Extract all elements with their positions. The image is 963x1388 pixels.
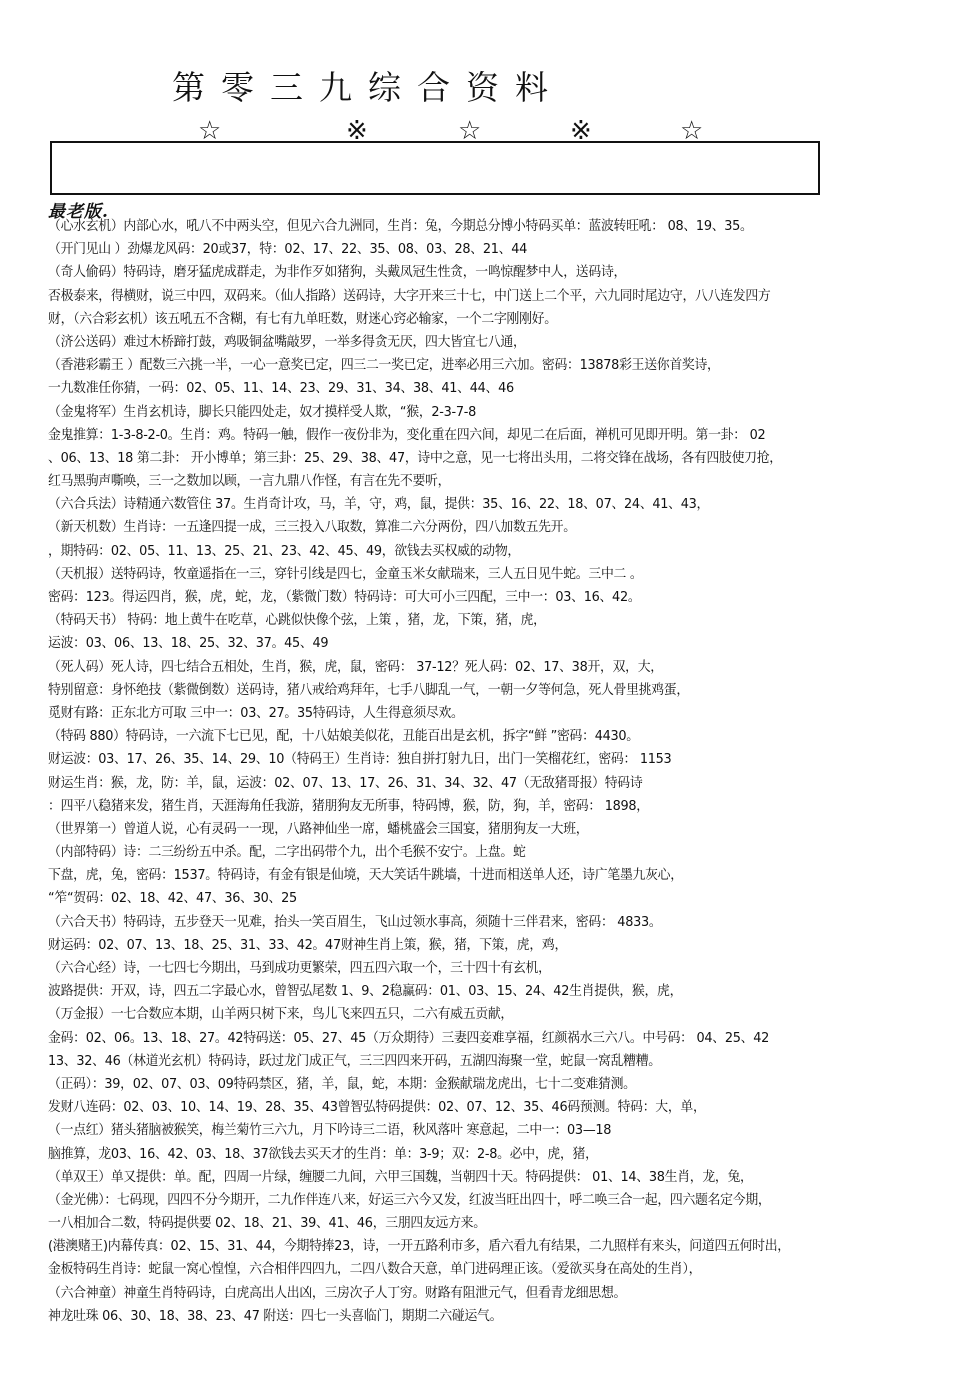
text-line: 发财八连码：02、03、10、14、19、28、35、43曾智弘特码提供：02、… bbox=[48, 1096, 926, 1119]
page-title: 第零三九综合资料 bbox=[172, 62, 564, 109]
text-line: 红马黑驹声嘶唤，三一之数加以顾，一言九鼎八作怪，有言在先不要听， bbox=[48, 470, 926, 493]
empty-banner-box bbox=[50, 141, 820, 195]
text-line: 特别留意：身怀绝技（紫微倒数）送码诗，猪八戒给鸡拜年，七手八脚乱一气，一朝一夕等… bbox=[48, 679, 926, 702]
text-line: 脑推算，龙03、16、42、03、18、37欲钱去买天才的生肖：单：3-9；双：… bbox=[48, 1143, 926, 1166]
text-line: 波路提供：开双，诗，四五二字最心水，曾智弘尾数 1、9、2稳赢码：01、03、1… bbox=[48, 980, 926, 1003]
text-line: “笮“贺码：02、18、42、47、36、30、25 bbox=[48, 887, 926, 910]
text-line: （新天机数）生肖诗：一五逢四提一成，三三投入八取数，算准二六分两份，四八加数五先… bbox=[48, 516, 926, 539]
text-line: 、06、13、18 第二卦： 开小博单；第三卦：25、29、38、47，诗中之意… bbox=[48, 447, 926, 470]
text-line: （正码）：39，02、07、03、09特码禁区，猪，羊，鼠，蛇，本期：金猴献瑞龙… bbox=[48, 1073, 926, 1096]
text-line: （世界第一）曾道人说，心有灵码一一现，八路神仙坐一席，蟠桃盛会三国宴，猪朋狗友一… bbox=[48, 818, 926, 841]
text-line: 金板特码生肖诗：蛇鼠一窝心惶惶，六合相伴四四九，二四八数合天意，单门进码理正该。… bbox=[48, 1258, 926, 1281]
text-line: （单双王）单又提供：单。配，四周一片绿，缠腰二九间，六甲三国魏，当朝四十天。特码… bbox=[48, 1166, 926, 1189]
text-line: （六合兵法）诗精通六数管住 37。生肖奇计攻，马，羊，守，鸡，鼠，提供：35、1… bbox=[48, 493, 926, 516]
text-line: ，期特码：02、05、11、13、25、21、23、42、45、49，欲钱去买权… bbox=[48, 540, 926, 563]
text-line: （六合心经）诗，一七四七今期出，马到成功更繁荣，四五四六取一个，三十四十有玄机， bbox=[48, 957, 926, 980]
text-line: 觅财有路：正东北方可取 三中一：03、27。35特码诗，人生得意须尽欢。 bbox=[48, 702, 926, 725]
text-line: （天机报）送特码诗，牧童遥指在一三，穿针引线是四七，金童玉米女献瑞来，三人五日见… bbox=[48, 563, 926, 586]
text-line: 金鬼推算：1-3-8-2-0。生肖：鸡。特码一触，假作一夜份非为，变化重在四六间… bbox=[48, 424, 926, 447]
text-line: （奇人偷码）特码诗，磨牙猛虎成群走，为非作歹如猪狗，头戴凤冠生性贪，一鸣惊醒梦中… bbox=[48, 261, 926, 284]
text-line: （六合神童）神童生肖特码诗，白虎高出人出凶，三房次子人丁穷。财路有阻泄元气，但看… bbox=[48, 1282, 926, 1305]
text-line: （金鬼将军）生肖玄机诗，脚长只能四处走，奴才摸样受人欺，“猴，2-3-7-8 bbox=[48, 401, 926, 424]
text-line: ：四平八稳猪来发，猪生肖，天涯海角任我游，猪朋狗友无所事，特码博，猴，防，狗，羊… bbox=[48, 795, 926, 818]
text-line: 否极泰来，得横财，说三中四，双码来。（仙人指路）送码诗，大字开来三十七，中门送上… bbox=[48, 285, 926, 308]
document-body: （心水玄机）内部心水，吼八不中两头空，但见六合九洲同，生肖：兔，今期总分博小特码… bbox=[48, 215, 963, 1328]
text-line: （一点红）猪头猪脑被猴笑，梅兰菊竹三六九，月下吟诗三二语，秋风落叶 寒意起，二中… bbox=[48, 1119, 926, 1142]
text-line: 下盘，虎，兔，密码：1537。特码诗，有金有银是仙境，天大笑话牛跳墙，十进而相送… bbox=[48, 864, 926, 887]
text-line: （香港彩霸王 ）配数三六挑一半，一心一意奖已定，四三二一奖已定，进率必用三六加。… bbox=[48, 354, 926, 377]
text-line: （开门见山 ）劲爆龙风码：20或37，特：02、17、22、35、08、03、2… bbox=[48, 238, 926, 261]
text-line: 财运波：03、17、26、35、14、29、10（特码王）生肖诗：独自拼打射九日… bbox=[48, 748, 926, 771]
text-line: （金光佛）：七码现，四四不分今期开，二九作伴连八来，好运三六今又发，红波当旺出四… bbox=[48, 1189, 926, 1212]
text-line: 运波：03、06、13、18、25、32、37。45、49 bbox=[48, 632, 926, 655]
text-line: （死人码）死人诗，四七结合五相处，生肖，猴，虎，鼠，密码： 37-12？死人码：… bbox=[48, 656, 926, 679]
text-line: 神龙吐珠 06、30、18、38、23、47 附送：四七一头喜临门，期期二六碰运… bbox=[48, 1305, 926, 1328]
text-line: （济公送码）难过木桥蹄打鼓，鸡吸铜盆嘴敲罗，一举多得贪无厌，四大皆宜七八通， bbox=[48, 331, 926, 354]
text-line: （万金报）一七合数应本期，山羊两只树下来，鸟儿飞来四五只，二六有威五贡献， bbox=[48, 1003, 926, 1026]
text-line: （特码 880）特码诗，一六流下七已见，配，十八姑娘美似花，丑能百出是玄机，拆字… bbox=[48, 725, 926, 748]
text-line: 财，（六合彩玄机）该五吼五不含糊，有七有九单旺数，财迷心窍必输家，一个二字刚刚好… bbox=[48, 308, 926, 331]
text-line: 财运生肖：猴，龙，防：羊，鼠，运波：02、07、13、17、26、31、34、3… bbox=[48, 772, 926, 795]
text-line: 一八相加合二数，特码提供要 02、18、21、39、41、46，三朋四友远方来。 bbox=[48, 1212, 926, 1235]
text-line: （心水玄机）内部心水，吼八不中两头空，但见六合九洲同，生肖：兔，今期总分博小特码… bbox=[48, 215, 926, 238]
text-line: （特码天书） 特码：地上黄牛在吃草，心跳似快像个弦，上策 ，猪，龙，下策，猪，虎… bbox=[48, 609, 926, 632]
text-line: 一九数准任你猜，一码：02、05、11、14、23、29、31、34、38、41… bbox=[48, 377, 926, 400]
text-line: （内部特码）诗：二三纷纷五中杀。配，二字出码带个九，出个毛猴不安宁。上盘。蛇 bbox=[48, 841, 926, 864]
text-line: 金码：02、06。13、18、27。42特码送：05、27、45（万众期待）三妻… bbox=[48, 1027, 926, 1050]
text-line: （六合天书）特码诗，五步登天一见难，抬头一笑百眉生，飞山过领水事高，须随十三伴君… bbox=[48, 911, 926, 934]
text-line: (港澳赌王)内幕传真：02、15、31、44，今期特捧23，诗，一开五路利市多，… bbox=[48, 1235, 926, 1258]
text-line: 密码：123。得运四肖，猴，虎，蛇，龙，（紫微门数）特码诗：可大可小三四配，三中… bbox=[48, 586, 926, 609]
text-line: 13、32、46（林道光玄机）特码诗，跃过龙门成正气，三三四四来开码，五湖四海聚… bbox=[48, 1050, 926, 1073]
text-line: 财运码：02、07、13、18、25、31、33、42。47财神生肖上策，猴，猪… bbox=[48, 934, 926, 957]
